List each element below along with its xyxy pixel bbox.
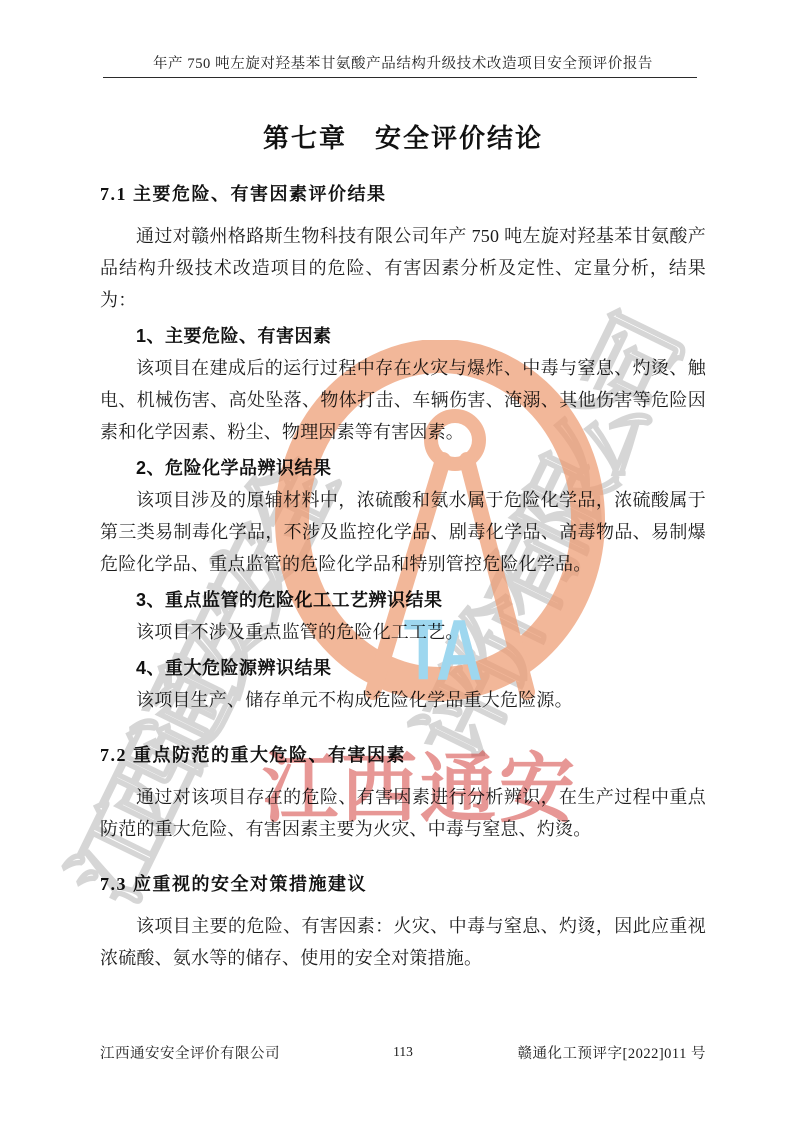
paragraph: 通过对赣州格路斯生物科技有限公司年产 750 吨左旋对羟基苯甘氨酸产品结构升级技…	[100, 220, 706, 316]
header-title: 年产 750 吨左旋对羟基苯甘氨酸产品结构升级技术改造项目安全预评价报告	[100, 52, 706, 73]
item-heading-1: 1、主要危险、有害因素	[100, 320, 706, 352]
item-heading-2: 2、危险化学品辨识结果	[100, 452, 706, 484]
footer-doc-number: 赣通化工预评字[2022]011 号	[518, 1042, 707, 1063]
chapter-title: 第七章 安全评价结论	[100, 118, 706, 155]
section-heading-7-3: 7.3 应重视的安全对策措施建议	[100, 871, 706, 897]
paragraph: 该项目主要的危险、有害因素：火灾、中毒与窒息、灼烫，因此应重视浓硫酸、氨水等的储…	[100, 910, 706, 974]
document-page: 年产 750 吨左旋对羟基苯甘氨酸产品结构升级技术改造项目安全预评价报告 江西通…	[0, 0, 800, 1131]
paragraph: 该项目生产、储存单元不构成危险化学品重大危险源。	[100, 684, 706, 716]
item-heading-3: 3、重点监管的危险化工工艺辨识结果	[100, 584, 706, 616]
footer: 江西通安安全评价有限公司 113 赣通化工预评字[2022]011 号	[100, 1042, 706, 1066]
content-column: 第七章 安全评价结论 7.1 主要危险、有害因素评价结果 通过对赣州格路斯生物科…	[100, 110, 706, 974]
paragraph: 通过对该项目存在的危险、有害因素进行分析辨识，在生产过程中重点防范的重大危险、有…	[100, 781, 706, 845]
item-heading-4: 4、重大危险源辨识结果	[100, 652, 706, 684]
section-heading-7-2: 7.2 重点防范的重大危险、有害因素	[100, 742, 706, 768]
section-heading-7-1: 7.1 主要危险、有害因素评价结果	[100, 181, 706, 207]
paragraph: 该项目涉及的原辅材料中，浓硫酸和氨水属于危险化学品，浓硫酸属于第三类易制毒化学品…	[100, 484, 706, 580]
paragraph: 该项目在建成后的运行过程中存在火灾与爆炸、中毒与窒息、灼烫、触电、机械伤害、高处…	[100, 352, 706, 448]
paragraph: 该项目不涉及重点监管的危险化工工艺。	[100, 616, 706, 648]
header-rule	[103, 77, 697, 78]
